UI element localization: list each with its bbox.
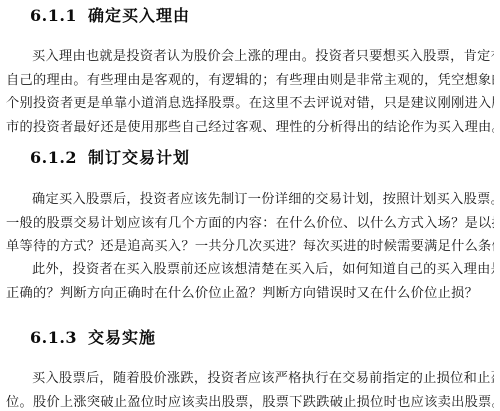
section-title: 交易实施 <box>88 328 156 348</box>
paragraph-trade-plan: 确定买入股票后，投资者应该先制订一份详细的交易计划，按照计划买入股票。 一般的股… <box>6 188 494 259</box>
section-title: 制订交易计划 <box>88 148 190 168</box>
paragraph-line: 正确的？判断方向正确时在什么价位止盈？判断方向错误时又在什么价位止损？ <box>6 282 494 306</box>
document-page: 6.1.1确定买入理由 买入理由也就是投资者认为股价会上涨的理由。投资者只要想买… <box>0 0 500 411</box>
paragraph-line: 确定买入股票后，投资者应该先制订一份详细的交易计划，按照计划买入股票。 <box>6 188 494 212</box>
paragraph-line: 自己的理由。有些理由是客观的，有逻辑的；有些理由则是非常主观的，凭空想象的； <box>6 69 494 93</box>
section-number: 6.1.3 <box>30 328 88 348</box>
section-title: 确定买入理由 <box>88 6 190 26</box>
paragraph-line: 单等待的方式？还是追高买入？一共分几次买进？每次买进的时候需要满足什么条件？ <box>6 235 494 259</box>
paragraph-line: 此外，投资者在买入股票前还应该想清楚在买入后，如何知道自己的买入理由是 <box>6 258 494 282</box>
paragraph-buy-reason: 买入理由也就是投资者认为股价会上涨的理由。投资者只要想买入股票，肯定有 自己的理… <box>6 45 494 139</box>
paragraph-trade-execution: 买入股票后，随着股价涨跌，投资者应该严格执行在交易前指定的止损位和止盈 位。股价… <box>6 367 494 411</box>
paragraph-line: 位。股价上涨突破止盈位时应该卖出股票，股票下跌跌破止损位时也应该卖出股票。 <box>6 391 494 411</box>
paragraph-exit-plan: 此外，投资者在买入股票前还应该想清楚在买入后，如何知道自己的买入理由是 正确的？… <box>6 258 494 305</box>
paragraph-line: 个别投资者更是单靠小道消息选择股票。在这里不去评说对错，只是建议刚刚进入股 <box>6 92 494 116</box>
section-heading-6-1-1: 6.1.1确定买入理由 <box>30 6 190 26</box>
paragraph-line: 买入股票后，随着股价涨跌，投资者应该严格执行在交易前指定的止损位和止盈 <box>6 367 494 391</box>
section-number: 6.1.1 <box>30 6 88 26</box>
section-heading-6-1-3: 6.1.3交易实施 <box>30 328 156 348</box>
paragraph-line: 市的投资者最好还是使用那些自己经过客观、理性的分析得出的结论作为买入理由。 <box>6 116 494 140</box>
paragraph-line: 买入理由也就是投资者认为股价会上涨的理由。投资者只要想买入股票，肯定有 <box>6 45 494 69</box>
section-number: 6.1.2 <box>30 148 88 168</box>
section-heading-6-1-2: 6.1.2制订交易计划 <box>30 148 190 168</box>
paragraph-line: 一般的股票交易计划应该有几个方面的内容：在什么价位、以什么方式入场？是以挂 <box>6 212 494 236</box>
